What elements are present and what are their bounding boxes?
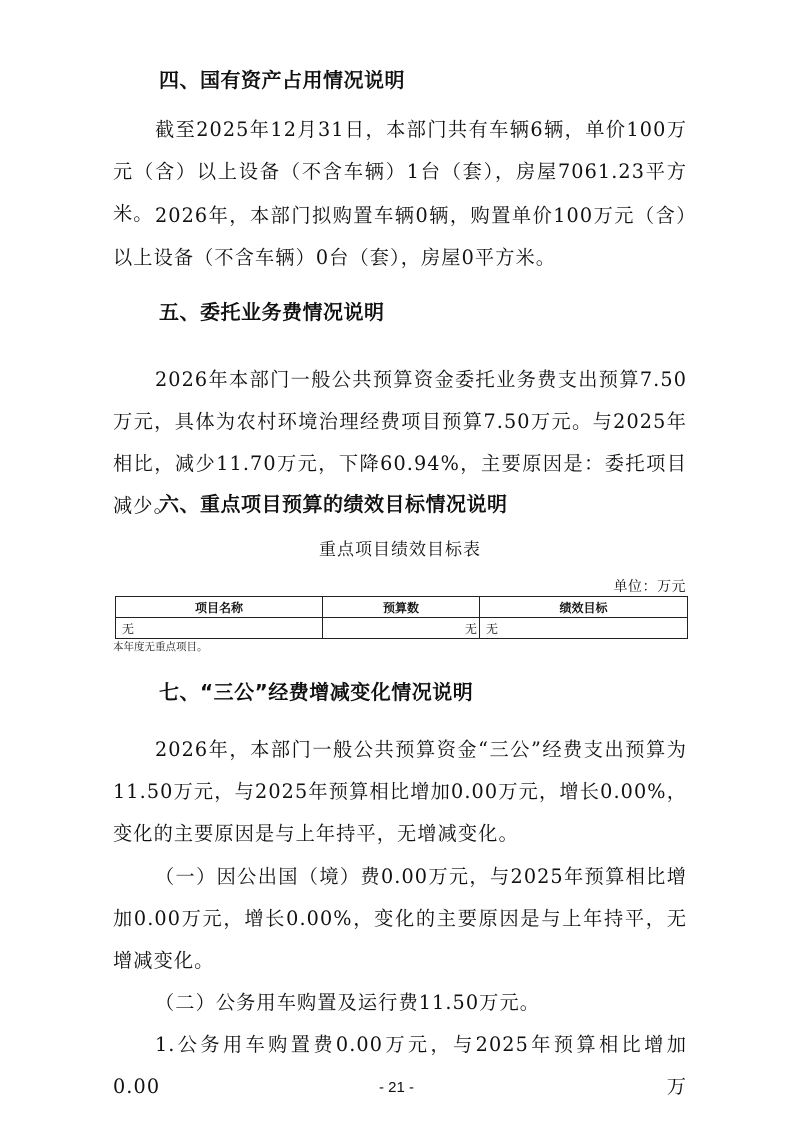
section-heading-three-public-expenses: 七、“三公”经费增减变化情况说明: [159, 680, 473, 704]
section-heading-state-assets: 四、国有资产占用情况说明: [159, 68, 405, 92]
table-footnote: 本年度无重点项目。: [113, 640, 208, 654]
section-heading-commission-fees: 五、委托业务费情况说明: [159, 300, 385, 324]
cell-budget: 无: [323, 618, 480, 639]
table-row: 无 无 无: [116, 618, 688, 639]
cell-project-name: 无: [116, 618, 323, 639]
cell-performance-goal: 无: [480, 618, 688, 639]
table-unit-label: 单位：万元: [614, 578, 687, 596]
performance-goals-table: 项目名称 预算数 绩效目标 无 无 无: [115, 596, 688, 639]
paragraph-three-public-total: 2026年，本部门一般公共预算资金“三公”经费支出预算为11.50万元，与202…: [113, 729, 687, 855]
column-header-performance-goal: 绩效目标: [480, 597, 688, 618]
column-header-budget: 预算数: [323, 597, 480, 618]
paragraph-assets-2026-plan: 2026年，本部门拟购置车辆0辆，购置单价100万元（含）以上设备（不含车辆）0…: [113, 195, 687, 279]
paragraph-official-vehicles: （二）公务用车购置及运行费11.50万元。: [113, 982, 687, 1024]
document-page: 四、国有资产占用情况说明 截至2025年12月31日，本部门共有车辆6辆，单价1…: [0, 0, 793, 1122]
table-header-row: 项目名称 预算数 绩效目标: [116, 597, 688, 618]
page-number: - 21 -: [0, 1079, 793, 1096]
column-header-project-name: 项目名称: [116, 597, 323, 618]
section-heading-performance-goals: 六、重点项目预算的绩效目标情况说明: [159, 492, 508, 516]
table-caption: 重点项目绩效目标表: [113, 539, 687, 561]
paragraph-overseas-travel: （一）因公出国（境）费0.00万元，与2025年预算相比增加0.00万元，增长0…: [113, 856, 687, 982]
